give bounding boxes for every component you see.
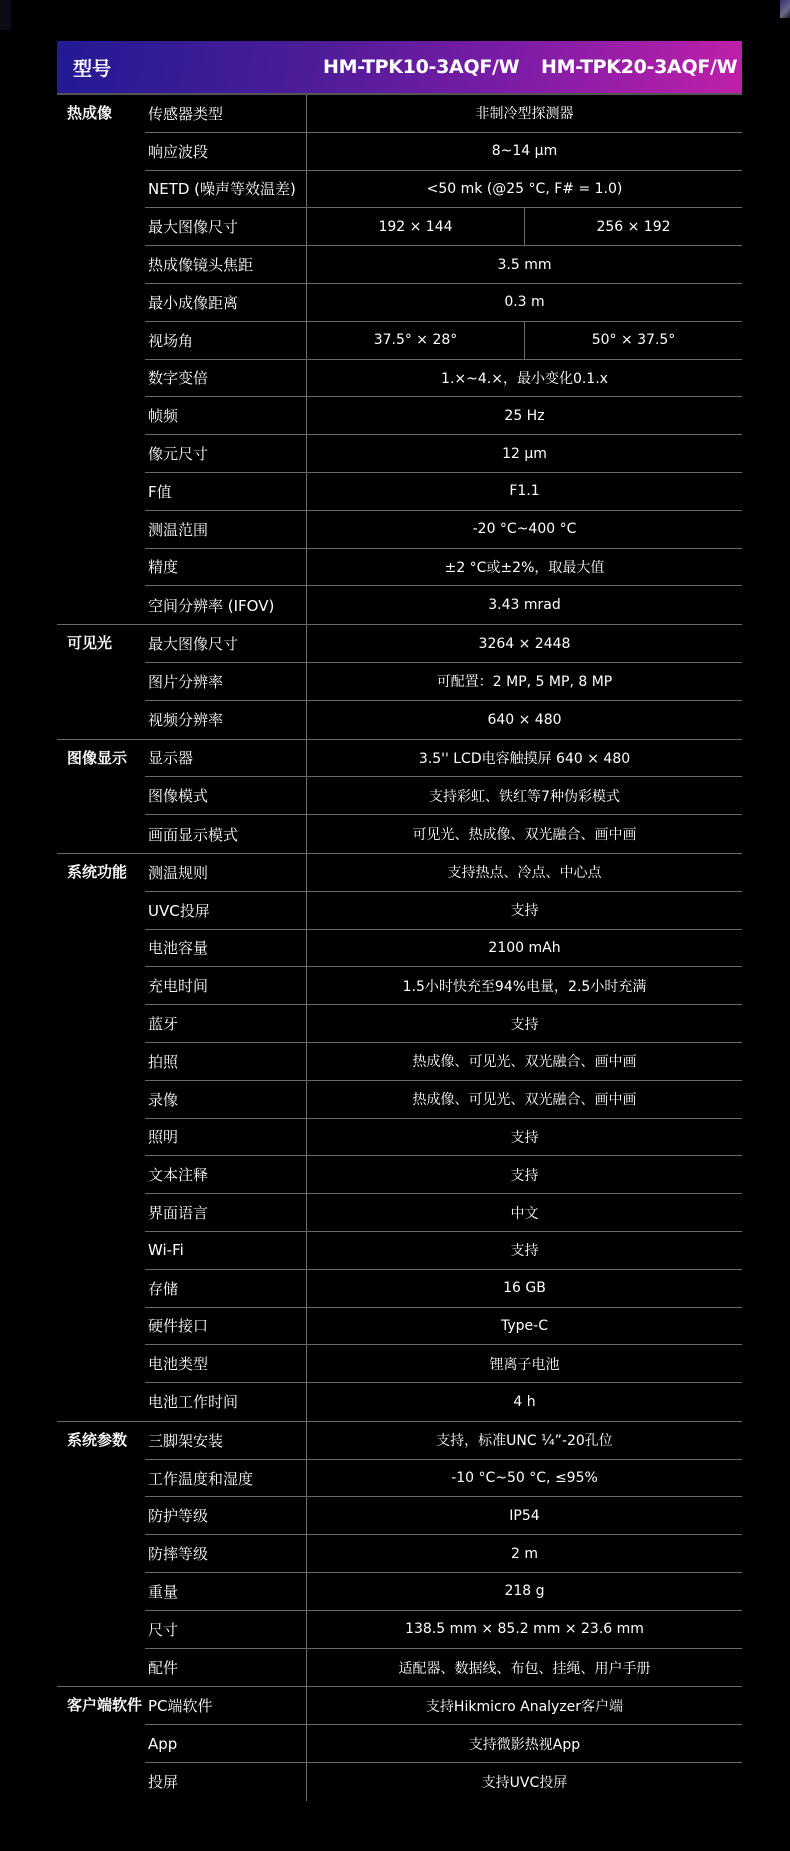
spec-value-model-1: 192 × 144	[307, 208, 525, 245]
spec-row: 视频分辨率640 × 480	[145, 701, 742, 739]
spec-label: 配件	[145, 1649, 307, 1687]
spec-value: <50 mk (@25 °C, F# = 1.0)	[307, 171, 742, 208]
spec-label: 电池类型	[145, 1345, 307, 1382]
spec-value: 适配器、数据线、布包、挂绳、用户手册	[307, 1649, 742, 1687]
spec-label: 重量	[145, 1573, 307, 1610]
spec-label: 最大图像尺寸	[145, 625, 307, 662]
spec-value: 支持UVC投屏	[307, 1763, 742, 1801]
spec-row: 充电时间1.5小时快充至94%电量，2.5小时充满	[145, 967, 742, 1005]
spec-value: 218 g	[307, 1573, 742, 1610]
spec-section: 图像显示显示器3.5'' LCD电容触摸屏 640 × 480图像模式支持彩虹、…	[57, 740, 742, 854]
spec-row: 电池工作时间4 h	[145, 1383, 742, 1421]
spec-row: 数字变倍1.×~4.×，最小变化0.1.x	[145, 360, 742, 398]
spec-row: 图像模式支持彩虹、铁红等7种伪彩模式	[145, 777, 742, 815]
spec-row: 投屏支持UVC投屏	[145, 1763, 742, 1801]
spec-label: 投屏	[145, 1763, 307, 1801]
spec-label: F值	[145, 473, 307, 510]
spec-row: 蓝牙支持	[145, 1005, 742, 1043]
spec-row: 最大图像尺寸192 × 144256 × 192	[145, 208, 742, 246]
spec-label: 视场角	[145, 322, 307, 359]
spec-value: 3.43 mrad	[307, 586, 742, 624]
corner-decoration-right	[780, 0, 790, 18]
spec-table-body: 热成像传感器类型非制冷型探测器响应波段8~14 µmNETD (噪声等效温差)<…	[57, 95, 742, 1801]
spec-row: F值F1.1	[145, 473, 742, 511]
spec-value-model-2: 50° × 37.5°	[525, 322, 742, 359]
spec-section: 系统功能测温规则支持热点、冷点、中心点UVC投屏支持电池容量2100 mAh充电…	[57, 854, 742, 1422]
spec-label: 画面显示模式	[145, 815, 307, 853]
spec-label: 尺寸	[145, 1611, 307, 1648]
spec-value: 热成像、可见光、双光融合、画中画	[307, 1081, 742, 1118]
spec-label: 显示器	[145, 740, 307, 777]
spec-label: 防护等级	[145, 1497, 307, 1534]
spec-value: 0.3 m	[307, 284, 742, 321]
spec-label: 蓝牙	[145, 1005, 307, 1042]
spec-row: 精度±2 °C或±2%，取最大值	[145, 549, 742, 587]
spec-row: 电池容量2100 mAh	[145, 930, 742, 968]
spec-row: 像元尺寸12 µm	[145, 435, 742, 473]
spec-row: 三脚架安装支持，标准UNC ¼”-20孔位	[145, 1422, 742, 1460]
spec-label: 测温范围	[145, 511, 307, 548]
spec-row: 尺寸138.5 mm × 85.2 mm × 23.6 mm	[145, 1611, 742, 1649]
spec-label: 测温规则	[145, 854, 307, 891]
spec-label: 录像	[145, 1081, 307, 1118]
spec-label: 最大图像尺寸	[145, 208, 307, 245]
spec-value: 4 h	[307, 1383, 742, 1421]
spec-value: 3264 × 2448	[307, 625, 742, 662]
spec-row: 防摔等级2 m	[145, 1535, 742, 1573]
spec-label: 热成像镜头焦距	[145, 246, 307, 283]
spec-row: 照明支持	[145, 1119, 742, 1157]
model-name-2: HM-TPK20-3AQF/W	[541, 56, 737, 78]
spec-label: NETD (噪声等效温差)	[145, 171, 307, 208]
spec-section: 客户端软件PC端软件支持Hikmicro Analyzer客户端App支持微影热…	[57, 1687, 742, 1800]
spec-row: 录像热成像、可见光、双光融合、画中画	[145, 1081, 742, 1119]
spec-value: 12 µm	[307, 435, 742, 472]
spec-value: 支持Hikmicro Analyzer客户端	[307, 1687, 742, 1724]
spec-value: 1.5小时快充至94%电量，2.5小时充满	[307, 967, 742, 1004]
spec-value: 支持	[307, 892, 742, 929]
spec-row: 硬件接口Type-C	[145, 1308, 742, 1346]
spec-value: 1.×~4.×，最小变化0.1.x	[307, 360, 742, 397]
spec-row: 界面语言中文	[145, 1194, 742, 1232]
spec-row: 响应波段8~14 µm	[145, 133, 742, 171]
spec-row: UVC投屏支持	[145, 892, 742, 930]
spec-label: 最小成像距离	[145, 284, 307, 321]
spec-value: 可配置：2 MP, 5 MP, 8 MP	[307, 663, 742, 700]
spec-label: 充电时间	[145, 967, 307, 1004]
spec-value: 138.5 mm × 85.2 mm × 23.6 mm	[307, 1611, 742, 1648]
spec-value: 支持热点、冷点、中心点	[307, 854, 742, 891]
spec-value: -10 °C~50 °C, ≤95%	[307, 1460, 742, 1497]
spec-value: 支持微影热视App	[307, 1725, 742, 1762]
spec-row: 热成像镜头焦距3.5 mm	[145, 246, 742, 284]
spec-value: 支持	[307, 1119, 742, 1156]
spec-row: 防护等级IP54	[145, 1497, 742, 1535]
spec-row: 重量218 g	[145, 1573, 742, 1611]
spec-label: 三脚架安装	[145, 1422, 307, 1459]
spec-label: 存储	[145, 1270, 307, 1307]
section-category: 图像显示	[67, 740, 127, 778]
model-name-1: HM-TPK10-3AQF/W	[323, 56, 519, 78]
spec-section: 系统参数三脚架安装支持，标准UNC ¼”-20孔位工作温度和湿度-10 °C~5…	[57, 1422, 742, 1688]
spec-row: 显示器3.5'' LCD电容触摸屏 640 × 480	[145, 740, 742, 778]
section-category: 热成像	[67, 95, 112, 133]
spec-label: 照明	[145, 1119, 307, 1156]
spec-row: 文本注释支持	[145, 1156, 742, 1194]
spec-label: 帧频	[145, 397, 307, 434]
spec-row: PC端软件支持Hikmicro Analyzer客户端	[145, 1687, 742, 1725]
spec-label: 工作温度和湿度	[145, 1460, 307, 1497]
spec-label: 响应波段	[145, 133, 307, 170]
spec-row: 测温范围-20 °C~400 °C	[145, 511, 742, 549]
spec-value: 中文	[307, 1194, 742, 1231]
spec-value: 支持	[307, 1156, 742, 1193]
spec-value: 支持，标准UNC ¼”-20孔位	[307, 1422, 742, 1459]
spec-value: IP54	[307, 1497, 742, 1534]
section-category: 可见光	[67, 625, 112, 663]
spec-value: 2100 mAh	[307, 930, 742, 967]
spec-value: Type-C	[307, 1308, 742, 1345]
spec-value: 锂离子电池	[307, 1345, 742, 1382]
spec-row: 拍照热成像、可见光、双光融合、画中画	[145, 1043, 742, 1081]
spec-label: UVC投屏	[145, 892, 307, 929]
spec-row: 配件适配器、数据线、布包、挂绳、用户手册	[145, 1649, 742, 1687]
spec-row: 工作温度和湿度-10 °C~50 °C, ≤95%	[145, 1460, 742, 1498]
spec-label: 文本注释	[145, 1156, 307, 1193]
spec-value: 16 GB	[307, 1270, 742, 1307]
spec-label: 传感器类型	[145, 95, 307, 132]
spec-row: Wi-Fi支持	[145, 1232, 742, 1270]
spec-label: 电池容量	[145, 930, 307, 967]
spec-label: 视频分辨率	[145, 701, 307, 739]
spec-row: 最小成像距离0.3 m	[145, 284, 742, 322]
spec-label: 像元尺寸	[145, 435, 307, 472]
spec-value: 热成像、可见光、双光融合、画中画	[307, 1043, 742, 1080]
spec-label: 数字变倍	[145, 360, 307, 397]
spec-value: 支持彩虹、铁红等7种伪彩模式	[307, 777, 742, 814]
spec-value: -20 °C~400 °C	[307, 511, 742, 548]
spec-label: 界面语言	[145, 1194, 307, 1231]
spec-label: 电池工作时间	[145, 1383, 307, 1421]
spec-table-header: 型号 HM-TPK10-3AQF/W HM-TPK20-3AQF/W	[57, 41, 742, 95]
spec-value: 25 Hz	[307, 397, 742, 434]
spec-row: 测温规则支持热点、冷点、中心点	[145, 854, 742, 892]
spec-row: 最大图像尺寸3264 × 2448	[145, 625, 742, 663]
spec-table: 型号 HM-TPK10-3AQF/W HM-TPK20-3AQF/W 热成像传感…	[57, 41, 742, 1801]
spec-section: 热成像传感器类型非制冷型探测器响应波段8~14 µmNETD (噪声等效温差)<…	[57, 95, 742, 625]
spec-value: ±2 °C或±2%，取最大值	[307, 549, 742, 586]
spec-row: 画面显示模式可见光、热成像、双光融合、画中画	[145, 815, 742, 853]
section-category: 客户端软件	[67, 1687, 142, 1725]
spec-row: 视场角37.5° × 28°50° × 37.5°	[145, 322, 742, 360]
spec-value-model-1: 37.5° × 28°	[307, 322, 525, 359]
spec-value: 8~14 µm	[307, 133, 742, 170]
spec-label: 拍照	[145, 1043, 307, 1080]
spec-section: 可见光最大图像尺寸3264 × 2448图片分辨率可配置：2 MP, 5 MP,…	[57, 625, 742, 739]
spec-label: Wi-Fi	[145, 1232, 307, 1269]
spec-row: 电池类型锂离子电池	[145, 1345, 742, 1383]
spec-value: 支持	[307, 1005, 742, 1042]
spec-value: 2 m	[307, 1535, 742, 1572]
spec-label: 防摔等级	[145, 1535, 307, 1572]
spec-row: NETD (噪声等效温差)<50 mk (@25 °C, F# = 1.0)	[145, 171, 742, 209]
spec-row: 存储16 GB	[145, 1270, 742, 1308]
spec-label: PC端软件	[145, 1687, 307, 1724]
spec-label: 精度	[145, 549, 307, 586]
spec-row: 帧频25 Hz	[145, 397, 742, 435]
spec-value: 3.5'' LCD电容触摸屏 640 × 480	[307, 740, 742, 777]
section-category: 系统参数	[67, 1422, 127, 1460]
spec-row: 空间分辨率 (IFOV)3.43 mrad	[145, 586, 742, 624]
spec-label: App	[145, 1725, 307, 1762]
spec-value: 支持	[307, 1232, 742, 1269]
spec-row: 传感器类型非制冷型探测器	[145, 95, 742, 133]
spec-label: 空间分辨率 (IFOV)	[145, 586, 307, 624]
spec-value: 非制冷型探测器	[307, 95, 742, 132]
spec-row: App支持微影热视App	[145, 1725, 742, 1763]
spec-value: 640 × 480	[307, 701, 742, 739]
spec-value: 3.5 mm	[307, 246, 742, 283]
corner-decoration-left	[0, 0, 11, 30]
spec-label: 图片分辨率	[145, 663, 307, 700]
spec-value: 可见光、热成像、双光融合、画中画	[307, 815, 742, 853]
spec-value-model-2: 256 × 192	[525, 208, 742, 245]
spec-row: 图片分辨率可配置：2 MP, 5 MP, 8 MP	[145, 663, 742, 701]
spec-label: 硬件接口	[145, 1308, 307, 1345]
spec-label: 图像模式	[145, 777, 307, 814]
spec-value: F1.1	[307, 473, 742, 510]
section-category: 系统功能	[67, 854, 127, 892]
model-header-label: 型号	[73, 54, 111, 81]
